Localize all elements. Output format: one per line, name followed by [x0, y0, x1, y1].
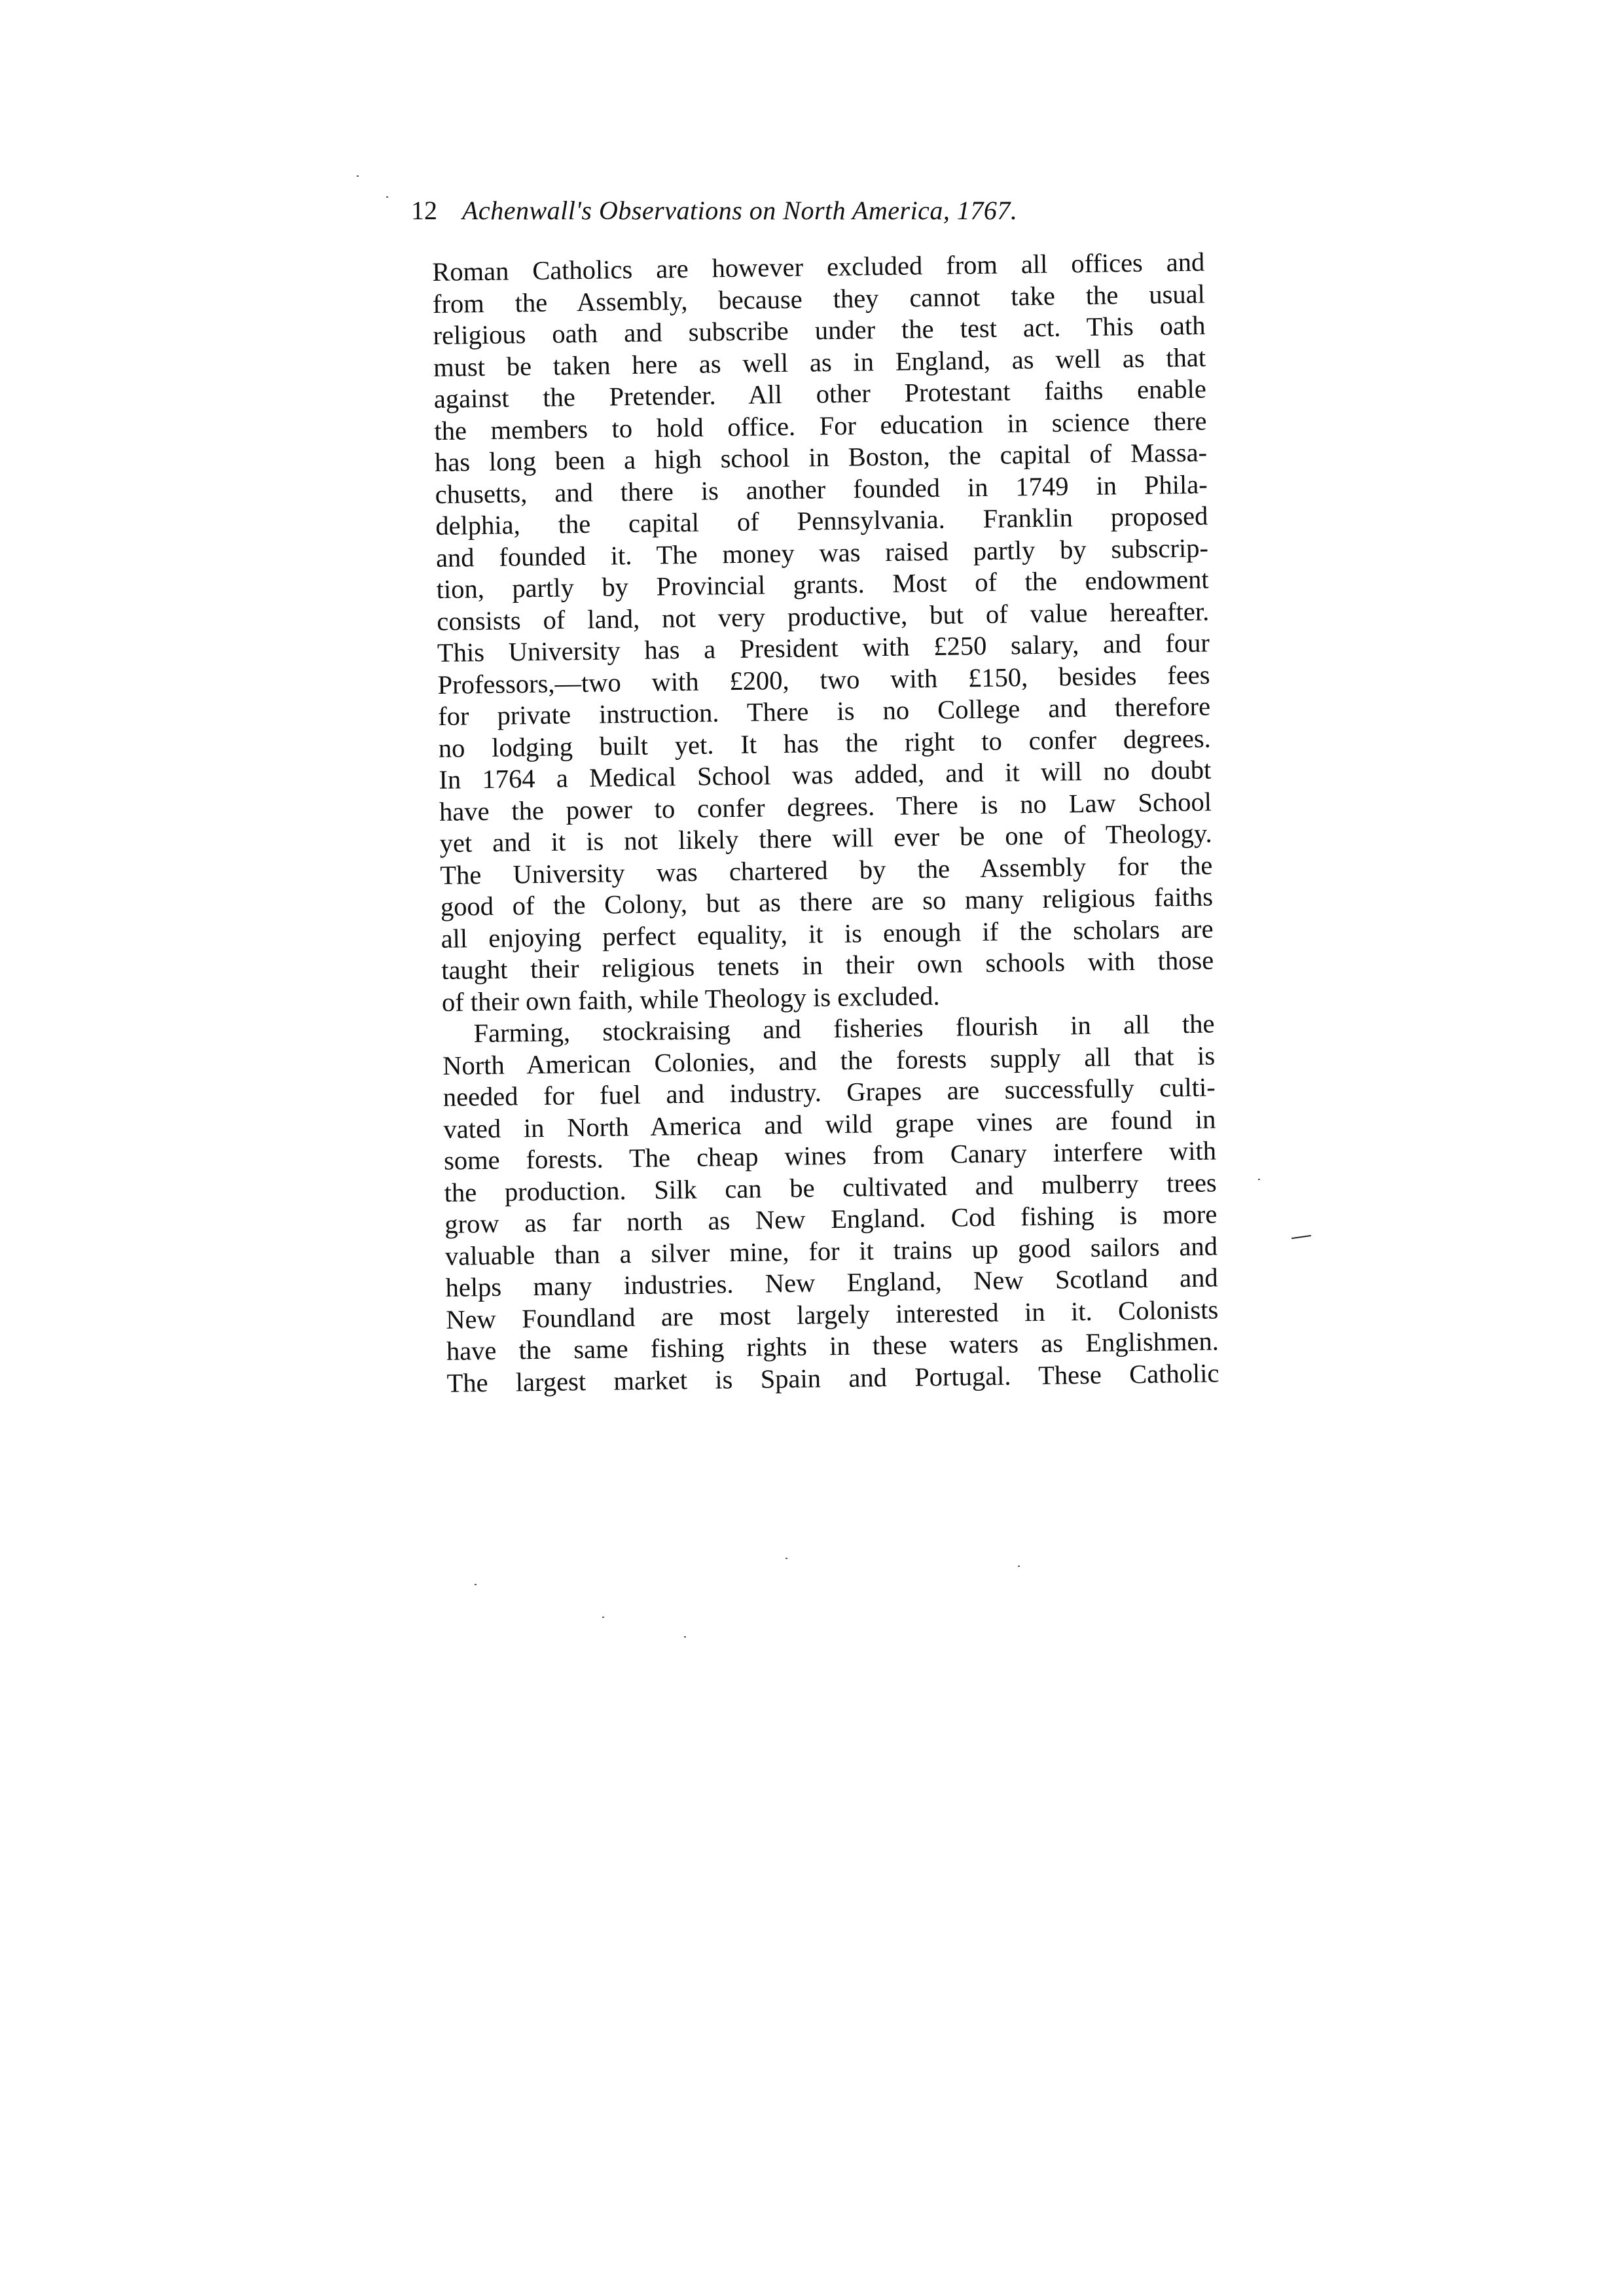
margin-mark	[1291, 1235, 1311, 1239]
scan-speck	[475, 1584, 477, 1585]
paragraph: Roman Catholics are however excluded fro…	[432, 247, 1214, 1018]
scan-speck	[785, 1558, 787, 1559]
paragraph: Farming, stockraising and fisheries flou…	[442, 1008, 1219, 1399]
paragraph-container: Roman Catholics are however excluded fro…	[432, 247, 1219, 1399]
body-text: Roman Catholics are however excluded fro…	[432, 247, 1219, 1399]
scan-speck	[602, 1617, 604, 1618]
scan-speck	[684, 1636, 686, 1638]
running-head: 12Achenwall's Observations on North Amer…	[411, 191, 1210, 230]
scan-speck	[1258, 1179, 1260, 1180]
running-title: Achenwall's Observations on North Americ…	[462, 191, 1017, 230]
scan-speck	[386, 196, 388, 198]
document-page: 12Achenwall's Observations on North Amer…	[0, 0, 1624, 2294]
scan-speck	[1018, 1566, 1020, 1567]
page-number: 12	[411, 191, 450, 230]
scan-speck	[357, 175, 359, 177]
